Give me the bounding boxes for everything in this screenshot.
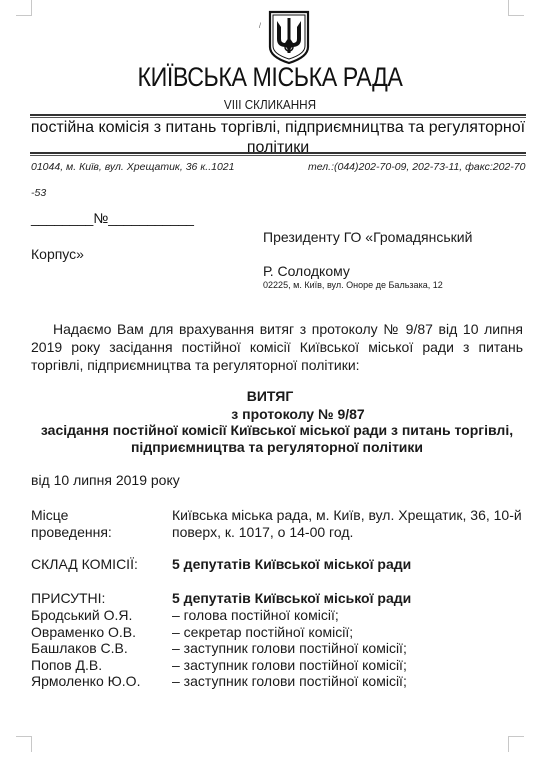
member-name: Ярмоленко Ю.О. [31, 673, 140, 690]
composition-label: СКЛАД КОМІСІЇ: [31, 556, 138, 573]
coat-of-arms-icon [266, 9, 312, 65]
page-corner-mark [16, 0, 32, 16]
organization-title: КИЇВСЬКА МІСЬКА РАДА [38, 62, 502, 93]
member-role: – секретар постійної комісії; [172, 624, 353, 641]
extract-title: ВИТЯГ [0, 388, 540, 404]
addressee-name: Р. Солодкому [263, 263, 350, 279]
header-divider [30, 152, 526, 156]
member-name: Попов Д.В. [31, 657, 102, 674]
member-name: Бродський О.Я. [31, 607, 132, 624]
place-label: Місце проведення: [31, 507, 131, 541]
present-label: ПРИСУТНІ: [31, 590, 105, 607]
member-role: – заступник голови постійної комісії; [172, 657, 407, 674]
member-name: Башлаков С.В. [31, 640, 128, 657]
place-value: Київська міська рада, м. Київ, вул. Хрещ… [172, 507, 522, 541]
contact-phones: тел.:(044)202-70-09, 202-73-11, факс:202… [308, 161, 525, 173]
intro-paragraph: Надаємо Вам для врахування витяг з прото… [31, 320, 523, 374]
addressee-line: Президенту ГО «Громадянський [263, 229, 472, 245]
member-role: – голова постійної комісії; [172, 607, 339, 624]
outgoing-number-field: ________№___________ [31, 210, 194, 226]
extract-protocol: з протоколу № 9/87 [0, 406, 540, 422]
emblem-mark: / [259, 23, 261, 30]
contact-phones-continued: -53 [31, 187, 46, 199]
composition-value: 5 депутатів Київської міської ради [172, 556, 411, 573]
member-role: – заступник голови постійної комісії; [172, 673, 407, 690]
extract-meeting: засідання постійної комісії Київської мі… [31, 422, 523, 456]
page-corner-mark [508, 0, 524, 16]
member-name: Овраменко О.В. [31, 624, 136, 641]
meeting-date: від 10 липня 2019 року [31, 472, 180, 488]
intro-text: Надаємо Вам для врахування витяг з прото… [31, 320, 523, 374]
member-role: – заступник голови постійної комісії; [172, 640, 407, 657]
contact-address: 01044, м. Київ, вул. Хрещатик, 36 к..102… [31, 161, 234, 173]
present-value: 5 депутатів Київської міської ради [172, 590, 411, 607]
addressee-postal-address: 02225, м. Київ, вул. Оноре де Бальзака, … [263, 280, 443, 291]
addressee-line: Корпус» [31, 246, 84, 262]
page-corner-mark [508, 736, 524, 752]
page-corner-mark [16, 736, 32, 752]
convocation: VIII СКЛИКАННЯ [27, 97, 513, 112]
